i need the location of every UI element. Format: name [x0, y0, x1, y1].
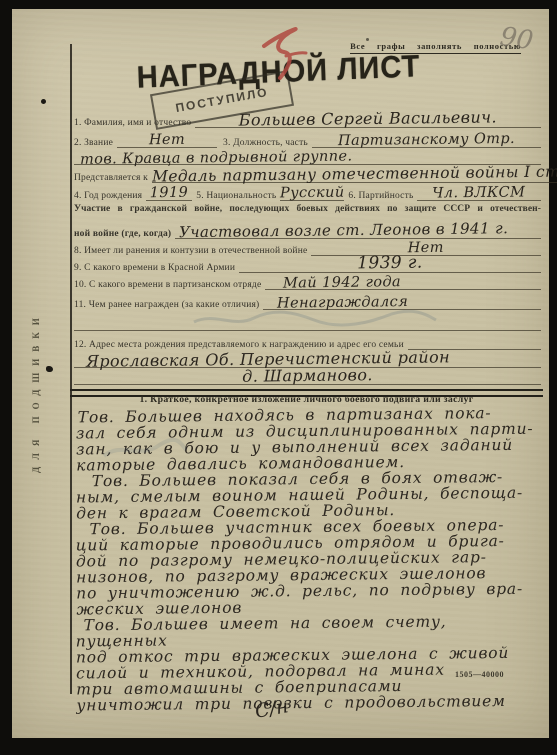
binding-margin-label: ДЛЯ ПОДШИВКИ	[31, 243, 41, 473]
field-row-war-participation: ной войне (где, когда) Участвовал возле …	[74, 221, 541, 239]
citation-paragraph: Тов. Большев показал себя в боях отваж- …	[76, 470, 544, 523]
bleed-through-ink	[100, 428, 190, 468]
field-row-address-value2: д. Шарманово.	[74, 367, 541, 385]
red-pencil-mark	[250, 16, 330, 86]
birth-year-label: 4. Год рождения	[74, 191, 146, 201]
nationality-label: 5. Национальность	[192, 191, 280, 201]
war-participation-label-line1: Участие в гражданской войне, последующих…	[74, 204, 541, 214]
nominated-for-label: Представляется к	[74, 173, 152, 183]
ink-speck	[366, 38, 369, 41]
field-row-nominated-for: Представляется к Медаль партизану отечес…	[74, 165, 541, 183]
field-row-address: 12. Адрес места рождения представляемого…	[74, 332, 541, 350]
field-row-name: 1. Фамилия, имя и отчество Большев Серге…	[74, 110, 541, 128]
nominated-for-value: Медаль партизану отечественной войны I с…	[152, 164, 557, 185]
print-run-code: 1505—40000	[455, 670, 504, 679]
citation-paragraph: Тов. Большев участник всех боевых опера-…	[76, 518, 545, 618]
field-row-birth-nationality-party: 4. Год рождения 1919 5. Национальность Р…	[74, 183, 541, 201]
birth-year-value: 1919	[146, 185, 192, 200]
partisan-since-label: 10. С какого времени в партизанском отря…	[74, 280, 265, 290]
rank-value: Нет	[117, 132, 217, 148]
field-row-partisan-since: 10. С какого времени в партизанском отря…	[74, 272, 541, 290]
party-value: Чл. ВЛКСМ	[417, 185, 541, 201]
scanned-document: ДЛЯ ПОДШИВКИ Все графы заполнять полност…	[0, 0, 557, 755]
binding-margin-line	[70, 44, 72, 694]
name-label: 1. Фамилия, имя и отчество	[74, 118, 195, 128]
field-row-rank-position: 2. Звание Нет 3. Должность, часть Партиз…	[74, 130, 541, 148]
party-label: 6. Партийность	[344, 191, 417, 201]
name-value: Большев Сергей Васильевич.	[195, 109, 541, 129]
ink-speck	[41, 99, 46, 104]
field-row-position-cont: тов. Кравца в подрывной группе.	[74, 147, 541, 165]
bleed-through-ink	[190, 306, 440, 332]
citation-paragraph: Тов. Большев имеет на своем счету, пущен…	[76, 614, 545, 714]
ink-blot	[46, 366, 53, 372]
address-value-line2: д. Шарманово.	[74, 365, 541, 387]
nationality-value: Русский	[280, 185, 344, 200]
position-value: Партизанскому Отр.	[312, 131, 541, 148]
partisan-since-value: Май 1942 года	[283, 273, 541, 291]
field-row-red-army-since: 9. С какого времени в Красной Армии 1939…	[74, 255, 541, 273]
red-army-since-value: 1939 г.	[239, 253, 541, 274]
